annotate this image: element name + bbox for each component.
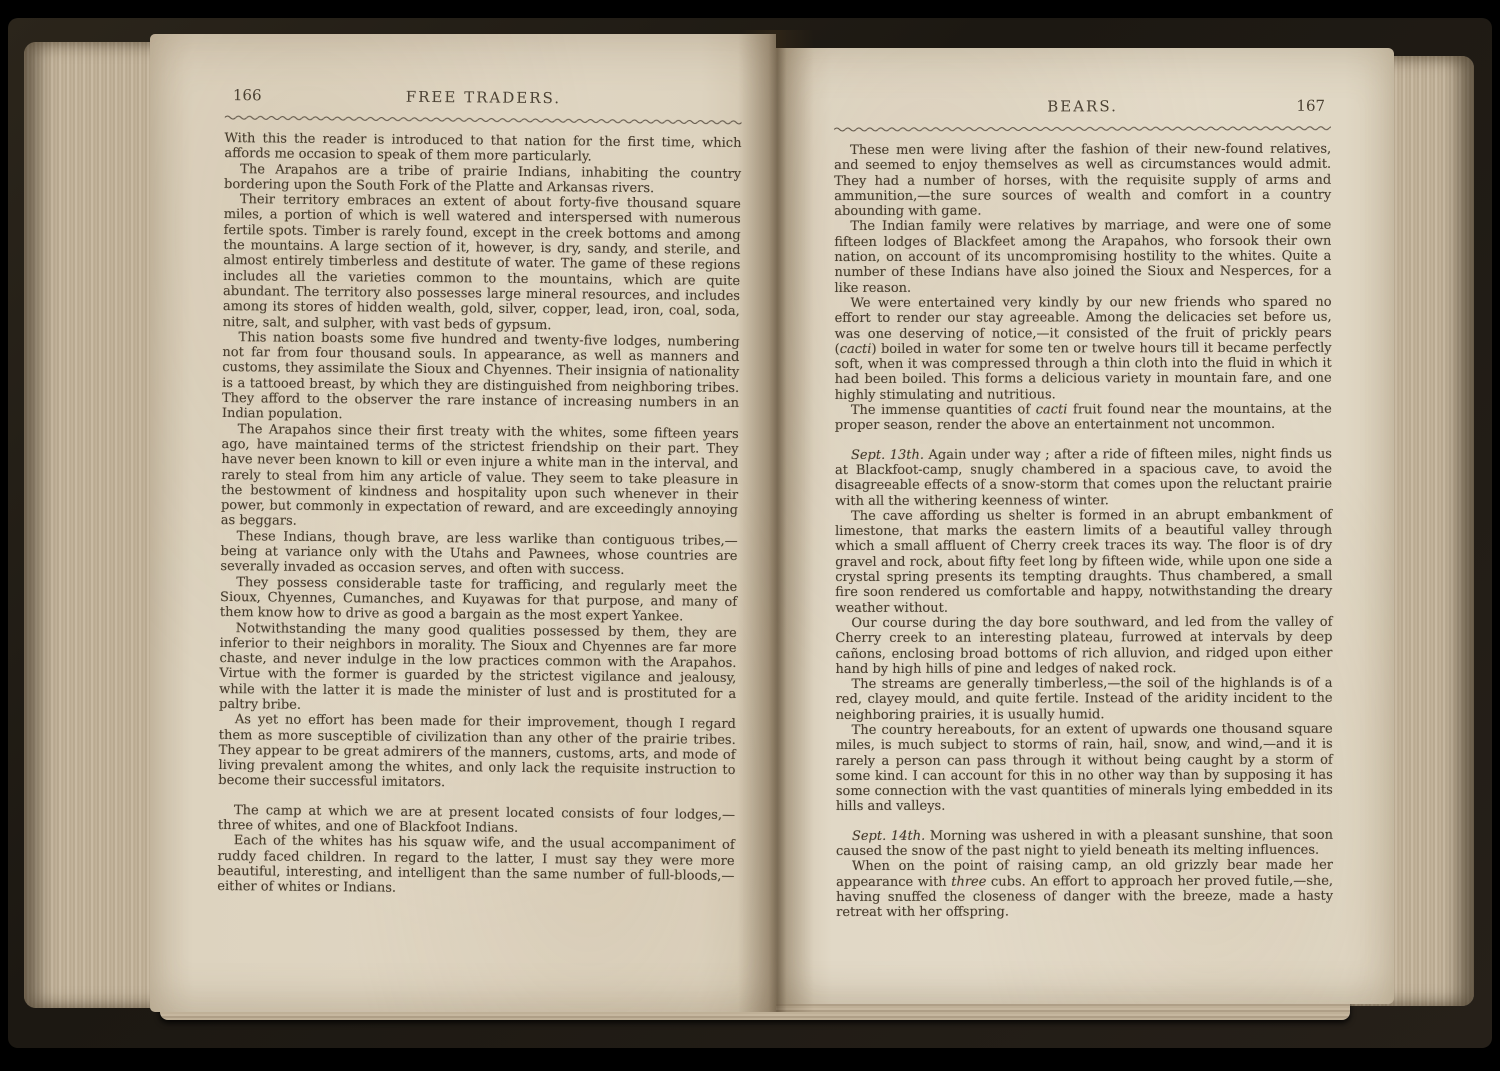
- paragraph: The streams are generally timberless,—th…: [836, 676, 1333, 723]
- paragraph: Our course during the day bore southward…: [835, 615, 1332, 677]
- wavy-rule-right: [834, 124, 1331, 132]
- running-title-left: FREE TRADERS.: [225, 86, 742, 109]
- paragraph: These Indians, though brave, are less wa…: [220, 529, 737, 580]
- page-number-right: 167: [1296, 97, 1325, 115]
- paragraph: These men were living after the fashion …: [834, 142, 1331, 220]
- open-book-photo: 166 FREE TRADERS. With this the reader i…: [0, 0, 1500, 1071]
- paragraph: The Indian family were relatives by marr…: [834, 218, 1331, 296]
- running-title-right: BEARS.: [834, 97, 1331, 116]
- paragraph: When on the point of raising camp, an ol…: [836, 858, 1333, 920]
- paragraph: Each of the whites has his squaw wife, a…: [217, 833, 735, 899]
- running-head-right: BEARS. 167: [834, 97, 1331, 120]
- paragraph: We were entertained very kindly by our n…: [835, 295, 1332, 403]
- paragraph: The country hereabouts, for an extent of…: [836, 722, 1333, 815]
- paragraph: Sept. 14th. Morning was ushered in with …: [836, 827, 1333, 859]
- wavy-rule-left: [225, 113, 742, 125]
- paragraph: With this the reader is introduced to th…: [224, 131, 741, 167]
- paragraph: The Arapahos since their first treaty wi…: [221, 422, 739, 534]
- paragraph: This nation boasts some five hundred and…: [222, 330, 740, 427]
- paragraph: The camp at which we are at present loca…: [218, 803, 735, 839]
- paragraph: As yet no effort has been made for their…: [218, 712, 736, 793]
- paragraph: Their territory embraces an extent of ab…: [223, 192, 741, 335]
- left-page-text: With this the reader is introduced to th…: [217, 131, 741, 899]
- paragraph: The immense quantities of cacti fruit fo…: [835, 402, 1332, 434]
- paragraph: The cave affording us shelter is formed …: [835, 508, 1332, 616]
- right-page-text: These men were living after the fashion …: [834, 142, 1333, 921]
- right-page: BEARS. 167 These men were living after t…: [776, 48, 1394, 1004]
- paragraph: The Arapahos are a tribe of prairie Indi…: [224, 162, 741, 198]
- paragraph: They possess considerable taste for traf…: [220, 575, 737, 626]
- paragraph: Notwithstanding the many good qualities …: [219, 620, 737, 717]
- running-head-left: 166 FREE TRADERS.: [225, 86, 742, 113]
- left-page: 166 FREE TRADERS. With this the reader i…: [150, 34, 776, 1012]
- paragraph: Sept. 13th. Again under way ; after a ri…: [835, 446, 1332, 508]
